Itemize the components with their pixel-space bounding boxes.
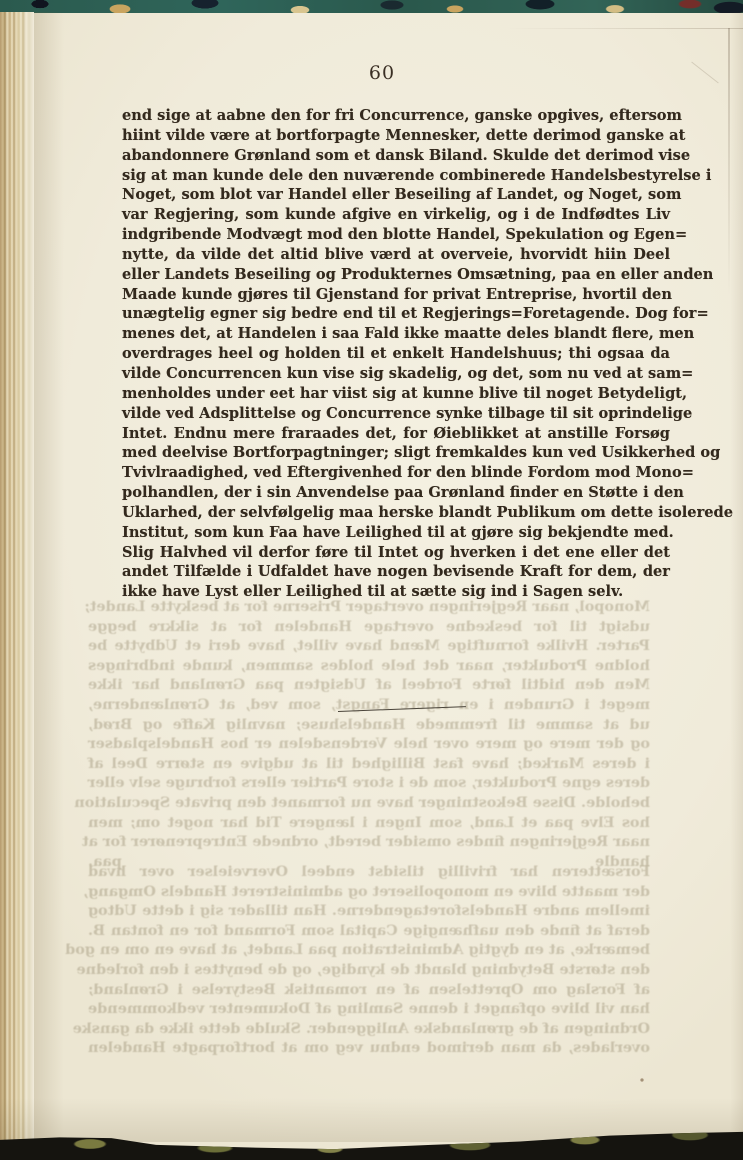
text-line: deres egne Produkter, som de i store Par…	[88, 773, 650, 793]
body-text: end sige at aabne den for fri Concurrenc…	[122, 106, 670, 602]
text-line: Parter. Hvilke fornuftige Mænd have vill…	[88, 636, 650, 656]
text-line: naar Regjeringen findes omsider beredt, …	[88, 832, 650, 852]
text-line: end sige at aabne den for fri Concurrenc…	[122, 106, 670, 126]
text-line: bemærke, at en dygtig Administration paa…	[88, 940, 650, 960]
text-line: overdrages heel og holden til et enkelt …	[122, 344, 670, 364]
text-line: unægtelig egner sig bedre end til et Reg…	[122, 304, 670, 324]
text-line: Men den hidtil førte Fordeel af Udsigten…	[88, 675, 650, 695]
text-line: menes det, at Handelen i saa Fald ikke m…	[122, 324, 670, 344]
text-line: ikke have Lyst eller Leilighed til at sæ…	[122, 582, 670, 602]
text-line: udsigt til for beskedne overtage Handele…	[88, 617, 650, 637]
book-scan: Monopol, naar Regjeringen overtager Pris…	[0, 0, 743, 1160]
text-line: indgribende Modvægt mod den blotte Hande…	[122, 225, 670, 245]
page-top-edge-line	[505, 28, 743, 29]
page-right-shading	[730, 12, 743, 1142]
text-line: holdne Produkter, naar det hele holdes s…	[88, 656, 650, 676]
text-line: Ordningen af de grønlandske Anliggender.…	[88, 1019, 650, 1039]
text-line: vilde ved Adsplittelse og Concurrence sy…	[122, 404, 670, 424]
text-line: ud at samme til fremmede Handelshuse; na…	[88, 715, 650, 735]
text-line: af Forslag om Oprettelsen af en romantis…	[88, 980, 650, 1000]
book-cover-top-edge	[0, 0, 743, 13]
text-line: overlades, da man derimod endnu veg om a…	[88, 1038, 650, 1058]
text-line: Intet. Endnu mere fraraades det, for Øie…	[122, 424, 670, 444]
text-line: Institut, som kun Faa have Leilighed til…	[122, 523, 670, 543]
text-line: var Regjering, som kunde afgive en virke…	[122, 205, 670, 225]
fore-edge-shadow	[34, 12, 64, 1144]
text-line: deraf at finde den uafhængige Capital so…	[88, 921, 650, 941]
text-line: der maatte blive en monopoliseret og adm…	[88, 882, 650, 902]
text-line: Uklarhed, der selvfølgelig maa herske bl…	[122, 503, 670, 523]
text-line: hiint vilde være at bortforpagte Mennesk…	[122, 126, 670, 146]
text-line: imellem andre Handelsforetagenderne. Han…	[88, 901, 650, 921]
text-line: polhandlen, der i sin Anvendelse paa Grø…	[122, 483, 670, 503]
text-line: Slig Halvhed vil derfor føre til Intet o…	[122, 543, 670, 563]
text-line: Noget, som blot var Handel eller Beseili…	[122, 185, 670, 205]
text-line: eller Landets Beseiling og Produkternes …	[122, 265, 670, 285]
text-line: abandonnere Grønland som et dansk Biland…	[122, 146, 670, 166]
text-line: andet Tilfælde i Udfaldet have nogen bev…	[122, 562, 670, 582]
text-line: Maade kunde gjøres til Gjenstand for pri…	[122, 285, 670, 305]
page-fore-edges	[0, 12, 34, 1144]
page-number: 60	[122, 62, 642, 84]
text-line: nytte, da vilde det altid blive værd at …	[122, 245, 670, 265]
text-line: med deelvise Bortforpagtninger; sligt fr…	[122, 443, 670, 463]
text-line: hos Elve paa et Land, som Ingen i længer…	[88, 813, 650, 833]
text-line: meget i Grunden i en rigere Fangst, som …	[88, 695, 650, 715]
text-line: menholdes under eet har viist sig at kun…	[122, 384, 670, 404]
bleed-through-block-2: Forsætteren har frivillig tilsidst endee…	[88, 862, 650, 1058]
text-line: Forsætteren har frivillig tilsidst endee…	[88, 862, 650, 882]
text-line: og der mere og mere over hele Verdensdel…	[88, 734, 650, 754]
text-line: beholde. Disse Bekostninger have nu form…	[88, 793, 650, 813]
text-line: Tvivlraadighed, ved Eftergivenhed for de…	[122, 463, 670, 483]
text-line: han vil blive opfanget i denne Samling a…	[88, 999, 650, 1019]
bleed-through-block-1: Monopol, naar Regjeringen overtager Pris…	[88, 597, 650, 871]
text-line: vilde Concurrencen kun vise sig skadelig…	[122, 364, 670, 384]
text-line: sig at man kunde dele den nuværende comb…	[122, 166, 670, 186]
text-line: den største Betydning blandt de kyndige,…	[88, 960, 650, 980]
text-line: i deres Marked; have fast Billighed til …	[88, 754, 650, 774]
